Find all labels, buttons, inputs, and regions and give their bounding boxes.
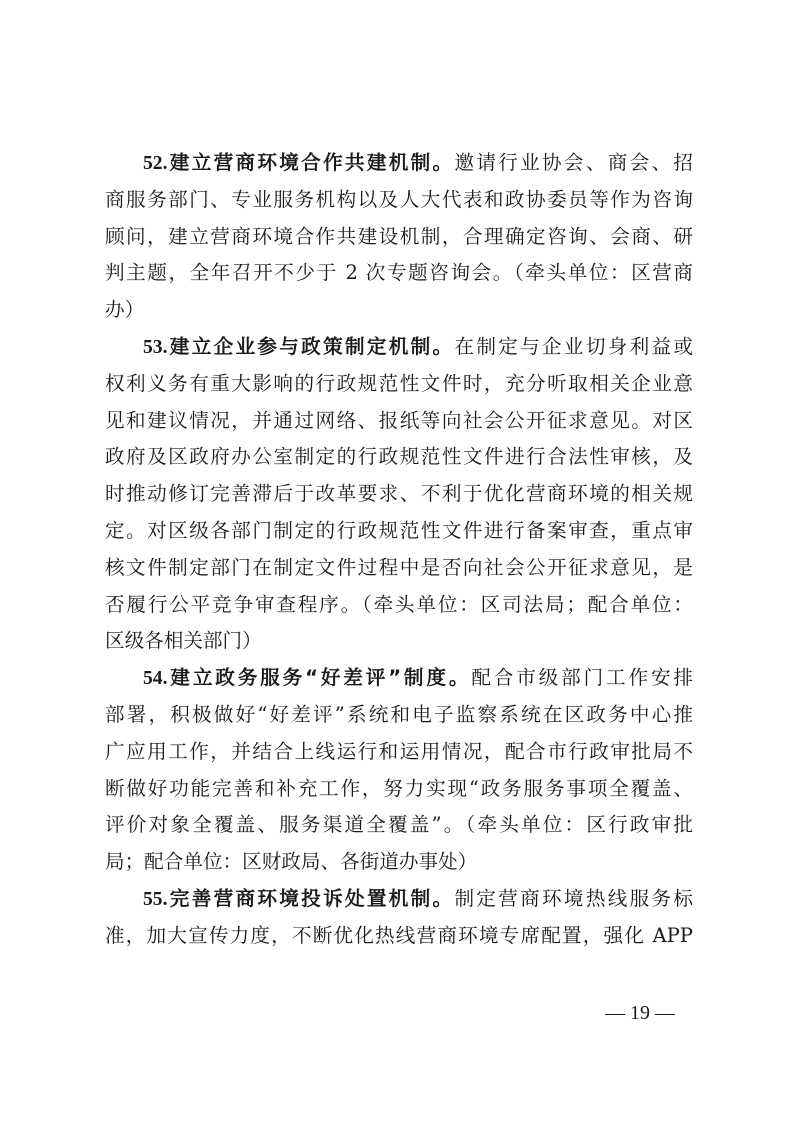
paragraph-line: 判主题，全年召开不少于 2 次专题咨询会。（牵头单位：区营商 bbox=[105, 255, 693, 292]
paragraph-line: 局；配合单位：区财政局、各街道办事处） bbox=[105, 844, 693, 881]
paragraph-line: 商服务部门、专业服务机构以及人大代表和政协委员等作为咨询 bbox=[105, 182, 693, 219]
paragraph-line: 定。对区级各部门制定的行政规范性文件进行备案审查，重点审 bbox=[105, 513, 693, 550]
item-text: 在制定与企业切身利益或 bbox=[454, 335, 693, 358]
item-number: 54. bbox=[143, 668, 168, 689]
paragraph-line: 54.建立政务服务“好差评”制度。配合市级部门工作安排 bbox=[105, 660, 693, 697]
item-text: 配合市级部门工作安排 bbox=[471, 666, 693, 689]
paragraph-line: 53.建立企业参与政策制定机制。在制定与企业切身利益或 bbox=[105, 329, 693, 366]
paragraph-line: 准，加大宣传力度，不断优化热线营商环境专席配置，强化 APP bbox=[105, 918, 693, 955]
section-55: 55.完善营商环境投诉处置机制。制定营商环境热线服务标 准，加大宣传力度，不断优… bbox=[105, 881, 693, 955]
page-number: — 19 — bbox=[600, 1002, 680, 1025]
paragraph-line: 断做好功能完善和补充工作，努力实现“政务服务事项全覆盖、 bbox=[105, 771, 693, 808]
paragraph-line: 评价对象全覆盖、服务渠道全覆盖”。（牵头单位：区行政审批 bbox=[105, 807, 693, 844]
paragraph-line: 部署，积极做好“好差评”系统和电子监察系统在区政务中心推 bbox=[105, 697, 693, 734]
item-heading: 建立企业参与政策制定机制。 bbox=[168, 335, 455, 358]
item-text: 制定营商环境热线服务标 bbox=[454, 887, 693, 910]
item-heading: 建立营商环境合作共建机制。 bbox=[168, 151, 455, 174]
paragraph-line: 时推动修订完善滞后于改革要求、不利于优化营商环境的相关规 bbox=[105, 476, 693, 513]
paragraph-line: 权利义务有重大影响的行政规范性文件时，充分听取相关企业意 bbox=[105, 366, 693, 403]
paragraph-line: 区级各相关部门） bbox=[105, 623, 693, 660]
paragraph-line: 见和建议情况，并通过网络、报纸等向社会公开征求意见。对区 bbox=[105, 403, 693, 440]
section-53: 53.建立企业参与政策制定机制。在制定与企业切身利益或 权利义务有重大影响的行政… bbox=[105, 329, 693, 660]
paragraph-line: 核文件制定部门在制定文件过程中是否向社会公开征求意见，是 bbox=[105, 550, 693, 587]
item-number: 53. bbox=[143, 337, 168, 358]
item-number: 55. bbox=[143, 889, 168, 910]
section-52: 52.建立营商环境合作共建机制。邀请行业协会、商会、招 商服务部门、专业服务机构… bbox=[105, 145, 693, 329]
paragraph-line: 55.完善营商环境投诉处置机制。制定营商环境热线服务标 bbox=[105, 881, 693, 918]
document-body: 52.建立营商环境合作共建机制。邀请行业协会、商会、招 商服务部门、专业服务机构… bbox=[105, 145, 693, 955]
item-text: 邀请行业协会、商会、招 bbox=[454, 151, 693, 174]
paragraph-line: 政府及区政府办公室制定的行政规范性文件进行合法性审核，及 bbox=[105, 439, 693, 476]
item-number: 52. bbox=[143, 153, 168, 174]
item-heading: 建立政务服务“好差评”制度。 bbox=[168, 666, 472, 689]
paragraph-line: 否履行公平竞争审查程序。（牵头单位：区司法局；配合单位： bbox=[105, 587, 693, 624]
paragraph-line: 广应用工作，并结合上线运行和运用情况，配合市行政审批局不 bbox=[105, 734, 693, 771]
item-heading: 完善营商环境投诉处置机制。 bbox=[168, 887, 455, 910]
paragraph-line: 顾问，建立营商环境合作共建设机制，合理确定咨询、会商、研 bbox=[105, 219, 693, 256]
section-54: 54.建立政务服务“好差评”制度。配合市级部门工作安排 部署，积极做好“好差评”… bbox=[105, 660, 693, 881]
paragraph-line: 52.建立营商环境合作共建机制。邀请行业协会、商会、招 bbox=[105, 145, 693, 182]
paragraph-line: 办） bbox=[105, 292, 693, 329]
